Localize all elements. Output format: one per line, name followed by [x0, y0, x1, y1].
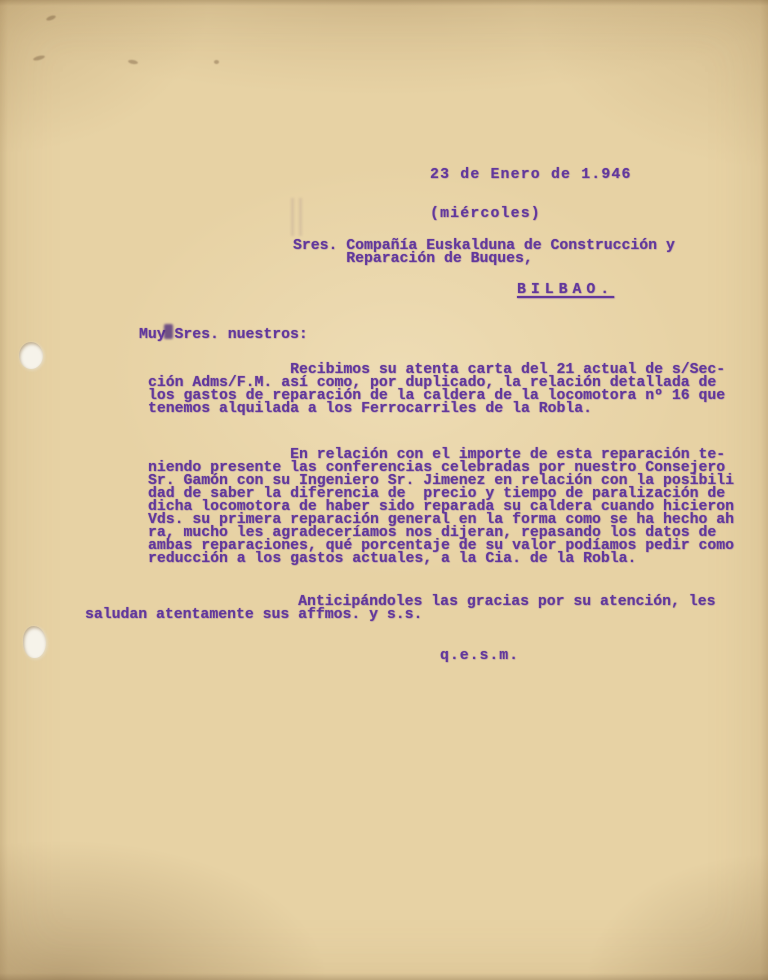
paper-blemish: [46, 14, 57, 21]
paper-crease-mark: [291, 198, 294, 236]
paper-crease-mark: [299, 198, 302, 236]
signoff-abbreviation: q.e.s.m.: [440, 650, 519, 663]
recipient-address: Sres. Compañía Euskalduna de Construcció…: [293, 240, 675, 266]
paper-blemish: [128, 59, 139, 65]
punch-hole-bottom: [23, 626, 46, 658]
weekday-line: (miércoles): [430, 208, 632, 221]
city-line: BILBAO.: [517, 284, 614, 297]
paper-blemish: [214, 60, 219, 64]
ink-smudge: [164, 324, 173, 339]
paper-blemish: [33, 55, 46, 62]
punch-hole-top: [19, 342, 43, 369]
body-paragraph-1: Recibimos su atenta carta del 21 actual …: [148, 364, 725, 416]
body-paragraph-2: En relación con el importe de esta repar…: [148, 449, 734, 566]
closing-paragraph: Anticipándoles las gracias por su atenci…: [85, 596, 715, 622]
date-block: 23 de Enero de 1.946 (miércoles): [430, 143, 632, 247]
letter-page: 23 de Enero de 1.946 (miércoles) Sres. C…: [0, 0, 768, 980]
date-line: 23 de Enero de 1.946: [430, 169, 632, 182]
